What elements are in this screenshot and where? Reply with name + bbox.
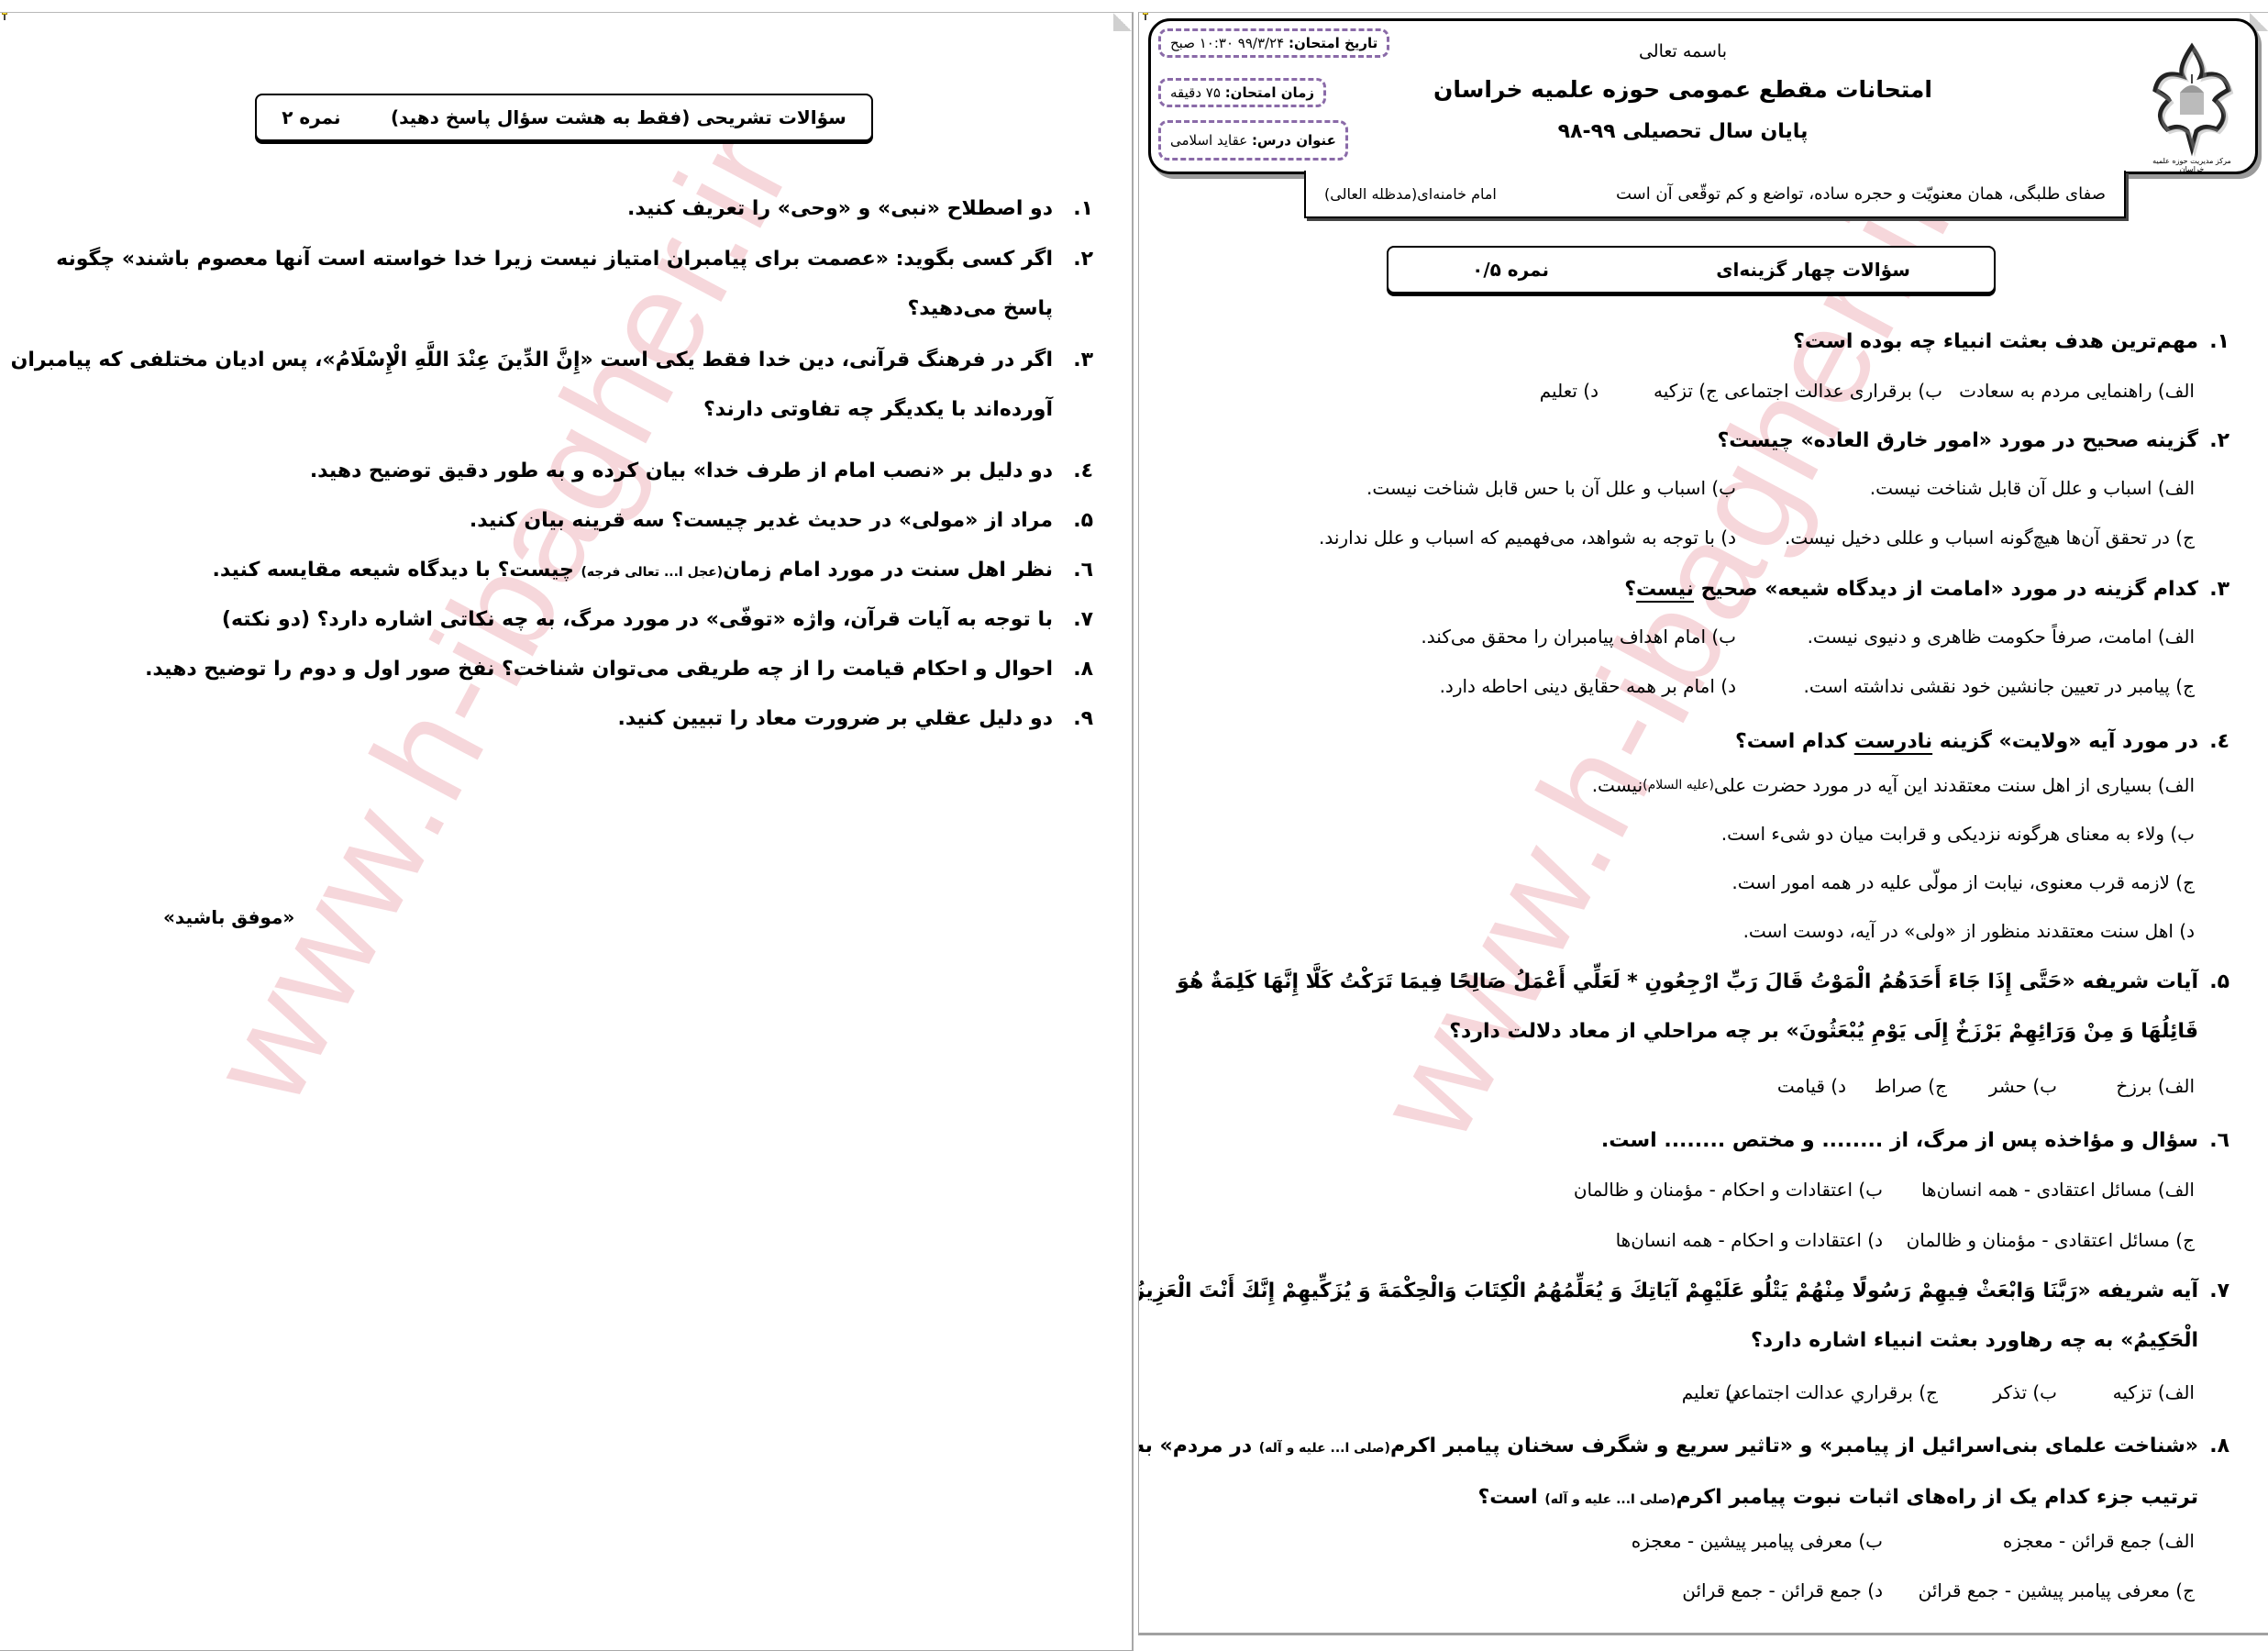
exam-duration: زمان امتحان: ۷۵ دقیقه (1158, 78, 1326, 107)
mc-options-2-row1: الف) اسباب و علل آن قابل شناخت نیست. ب) … (1366, 470, 2195, 506)
option-b[interactable]: ب) حشر (1947, 1068, 2057, 1104)
essay-question-8: ۸.احوال و احکام قیامت را از چه طریقی می‌… (145, 645, 1093, 694)
basmala: باسمه تعالی (1499, 41, 1866, 61)
option-c[interactable]: ج) صراط (1846, 1068, 1947, 1104)
option-d[interactable]: د) اعتقادات و احکام - همه انسان‌ها (1616, 1222, 1883, 1258)
section-score: ۲ نمره (282, 106, 340, 128)
mc-options-3-row2: ج) پیامبر در تعیین جانشین خود نقشی نداشت… (1440, 668, 2195, 704)
exam-title: امتحانات مقطع عمومی حوزه علمیه خراسان (1426, 76, 1940, 103)
essay-question-2: ۲.اگر کسی بگوید: «عصمت برای پیامبران امت… (2, 235, 1093, 334)
essay-question-6: ٦.نظر اهل سنت در مورد امام زمان(عجل ا...… (213, 546, 1093, 597)
option-a[interactable]: الف) بسیاری از اهل سنت معتقدند این آیه د… (1592, 767, 2195, 803)
exam-subject: عنوان درس: عقاید اسلامی (1158, 120, 1348, 161)
option-a[interactable]: الف) راهنمایی مردم به سعادت (1942, 372, 2195, 409)
option-d[interactable]: د) اهل سنت معتقدند منظور از «ولی» در آیه… (1743, 913, 2195, 949)
mc-question-8: ۸.«شناخت علمای بنی‌اسرائیل از پیامبر» و … (1138, 1422, 2229, 1524)
essay-question-4: ٤.دو دلیل بر «نصب امام از طرف خدا» بیان … (310, 447, 1093, 496)
option-d[interactable]: د) جمع قرائن - جمع قرائن (1682, 1572, 1883, 1609)
option-c[interactable]: ج) برقراري عدالت اجتماعي (1741, 1374, 1938, 1411)
essay-question-9: ۹.دو دلیل عقلي بر ضرورت معاد را تبیین کن… (618, 694, 1093, 744)
mc-options-3-row1: الف) امامت، صرفاً حکومت ظاهری و دنیوی نی… (1421, 618, 2195, 655)
section-title: سؤالات چهار گزینه‌ای (1716, 259, 1910, 281)
essay-question-5: ۵.مراد از «مولی» در حدیث غدیر چیست؟ سه ق… (470, 496, 1093, 546)
mc-question-3: ۳.کدام گزینه در مورد «امامت از دیدگاه شی… (1624, 565, 2229, 615)
logo-caption: مرکز مدیریت حوزه علمیه خراسان (2141, 157, 2242, 173)
mc-options-8-row2: ج) معرفی پیامبر پیشین - جمع قرائن د) جمع… (1682, 1572, 2195, 1609)
right-page: www.h-ibagher.ir تاریخ امتحان: ۹۹/۳/۲۴ ۱… (1138, 12, 2268, 1635)
option-d[interactable]: د) امام بر همه حقایق دینی احاطه دارد. (1440, 668, 1736, 704)
option-b[interactable]: ب) امام اهداف پیامبران را محقق می‌کند. (1421, 618, 1736, 655)
quote-banner: صفای طلبگی، همان معنویّت و حجره ساده، تو… (1304, 171, 2126, 218)
mc-options-6-row1: الف) مسائل اعتقادی - همه انسان‌ها ب) اعت… (1574, 1171, 2195, 1208)
mc-options-1: الف) راهنمایی مردم به سعادت ب) برقراری ع… (1540, 372, 2195, 409)
option-c[interactable]: ج) معرفی پیامبر پیشین - جمع قرائن (1883, 1572, 2195, 1609)
mc-question-1: ۱.مهم‌ترین هدف بعثت انبیاء چه بوده است؟ (1793, 317, 2229, 367)
seminary-logo-icon: مرکز مدیریت حوزه علمیه خراسان (2141, 39, 2242, 159)
quote-author: امام خامنه‌ای(مدظله العالی) (1324, 185, 1497, 203)
pin-icon (0, 12, 9, 21)
option-b[interactable]: ب) برقراری عدالت اجتماعی (1718, 372, 1942, 409)
exam-header: تاریخ امتحان: ۹۹/۳/۲۴ ۱۰:۳۰ صبح زمان امت… (1148, 18, 2258, 174)
option-b[interactable]: ب) ولاء به معنای هرگونه نزدیکی و قرابت م… (1721, 815, 2195, 852)
option-a[interactable]: الف) اسباب و علل آن قابل شناخت نیست. (1736, 470, 2195, 506)
exam-year: پایان سال تحصیلی ۹۹-۹۸ (1499, 120, 1866, 143)
exam-date: تاریخ امتحان: ۹۹/۳/۲۴ ۱۰:۳۰ صبح (1158, 28, 1389, 58)
section-header-multiple-choice: سؤالات چهار گزینه‌ای ۰/۵ نمره (1387, 246, 1996, 294)
option-a[interactable]: الف) تزکیه (2057, 1374, 2195, 1411)
option-a[interactable]: الف) برزخ (2057, 1068, 2195, 1104)
mc-question-2: ۲.گزینه صحیح در مورد «امور خارق العاده» … (1718, 416, 2229, 466)
option-b[interactable]: ب) اعتقادات و احکام - مؤمنان و ظالمان (1574, 1171, 1883, 1208)
option-c[interactable]: ج) تزکیه (1599, 372, 1718, 409)
option-d[interactable]: د) تعلیم (1540, 372, 1599, 409)
page-corner-icon (1113, 13, 1132, 31)
mc-options-8-row1: الف) جمع قرائن - معجزه ب) معرفی پیامبر پ… (1632, 1523, 2195, 1559)
option-a[interactable]: الف) امامت، صرفاً حکومت ظاهری و دنیوی نی… (1736, 618, 2195, 655)
essay-question-7: ۷.با توجه به آیات قرآن، واژه «توفّی» در … (222, 595, 1093, 645)
option-b[interactable]: ب) معرفی پیامبر پیشین - معجزه (1632, 1523, 1883, 1559)
option-a[interactable]: الف) جمع قرائن - معجزه (1883, 1523, 2195, 1559)
mc-options-6-row2: ج) مسائل اعتقادی - مؤمنان و ظالمان د) اع… (1616, 1222, 2195, 1258)
essay-question-3: ۳.اگر در فرهنگ قرآنی، دین خدا فقط یکی اس… (2, 336, 1093, 435)
section-header-descriptive: سؤالات تشریحی (فقط به هشت سؤال پاسخ دهید… (255, 94, 873, 141)
option-a[interactable]: الف) مسائل اعتقادی - همه انسان‌ها (1883, 1171, 2195, 1208)
mc-question-5: ۵.آیات شریفه «حَتَّى إِذَا جَاءَ أَحَدَه… (1177, 958, 2229, 1057)
mc-options-2-row2: ج) در تحقق آن‌ها هیچ‌گونه اسباب و عللی د… (1319, 519, 2195, 556)
mc-question-7: ۷.آیه شریفه «رَبَّنَا وَابْعَثْ فِيهِمْ … (1138, 1267, 2229, 1366)
quote-text: صفای طلبگی، همان معنویّت و حجره ساده، تو… (1616, 184, 2106, 204)
option-d[interactable]: د) تعلیم (1682, 1374, 1741, 1411)
option-b[interactable]: ب) اسباب و علل آن با حس قابل شناخت نیست. (1366, 470, 1736, 506)
mc-question-4: ٤.در مورد آیه «ولایت» گزینه نادرست کدام … (1735, 717, 2229, 767)
left-page: www.h-ibagher.ir سؤالات تشریحی (فقط به ه… (0, 12, 1134, 1651)
closing-note: «موفق باشید» (163, 906, 294, 928)
option-d[interactable]: د) قیامت (1777, 1068, 1846, 1104)
mc-options-7: الف) تزکیه ب) تذکر ج) برقراري عدالت اجتم… (1682, 1374, 2195, 1411)
section-score: ۰/۵ نمره (1472, 259, 1549, 281)
option-b[interactable]: ب) تذکر (1938, 1374, 2057, 1411)
mc-options-5: الف) برزخ ب) حشر ج) صراط د) قیامت (1777, 1068, 2195, 1104)
essay-question-1: ۱.دو اصطلاح «نبی» و «وحی» را تعریف کنید. (627, 184, 1093, 234)
section-title: سؤالات تشریحی (فقط به هشت سؤال پاسخ دهید… (391, 106, 846, 128)
mc-question-6: ٦.سؤال و مؤاخذه پس از مرگ، از ........ و… (1601, 1116, 2229, 1166)
pin-icon (1141, 12, 1150, 21)
option-c[interactable]: ج) مسائل اعتقادی - مؤمنان و ظالمان (1883, 1222, 2195, 1258)
option-d[interactable]: د) با توجه به شواهد، می‌فهمیم که اسباب و… (1319, 519, 1736, 556)
option-c[interactable]: ج) لازمه قرب معنوی، نیابت از مولّی علیه … (1731, 864, 2195, 901)
option-c[interactable]: ج) در تحقق آن‌ها هیچ‌گونه اسباب و عللی د… (1736, 519, 2195, 556)
option-c[interactable]: ج) پیامبر در تعیین جانشین خود نقشی نداشت… (1736, 668, 2195, 704)
